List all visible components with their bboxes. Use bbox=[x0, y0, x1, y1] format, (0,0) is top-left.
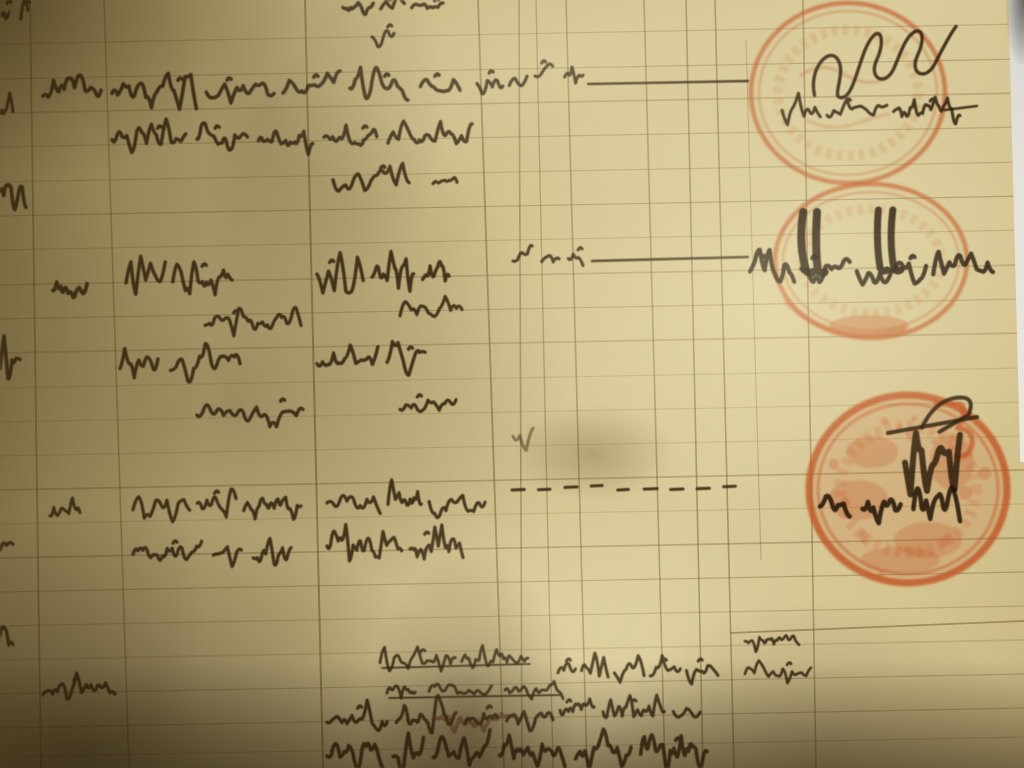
handwriting-row1-seg1: illegible Thai word bbox=[43, 75, 101, 97]
handwriting-top-center-tick: small illegible mark bbox=[372, 25, 394, 47]
handwriting-faint-mark-center: faint small mark bbox=[513, 428, 533, 450]
handwriting-row1-seg3: illegible Thai word bbox=[283, 71, 340, 93]
handwriting-row8-col2: illegible Thai phrase bbox=[133, 489, 301, 522]
handwriting-row4-col3: illegible Thai name or word with tall fl… bbox=[317, 252, 449, 293]
handwriting-stamp2-overlay-glyph1: heavy ink stroke over middle stamp bbox=[801, 212, 824, 273]
handwriting-bottom-nums1: spaced marks, possibly a date in Thai nu… bbox=[558, 653, 718, 684]
handwriting-left-edge-mark-3: illegible character at left edge bbox=[0, 336, 20, 379]
handwriting-bottom-line3b: illegible Thai phrase bbox=[560, 695, 700, 718]
handwriting-top-left-marks: illegible Thai fragment at top-left corn… bbox=[2, 0, 30, 19]
handwriting-stamp3-ink-diag: long diagonal ink stroke over bottom sta… bbox=[888, 417, 977, 433]
photo-background-corner bbox=[1006, 0, 1024, 64]
handwriting-left-edge-mark-4: illegible character at left edge bbox=[0, 543, 13, 550]
handwriting-row8-dashes: row of short ditto dashes bbox=[512, 486, 735, 491]
handwriting-row1-seg5: illegible short marks, possibly numerals bbox=[477, 71, 527, 94]
handwriting-row3-label: illegible Thai word used as centered lab… bbox=[333, 163, 409, 191]
handwriting-row4-rule: long ink fill-in dash bbox=[592, 257, 748, 261]
handwriting-row6-col2: illegible Thai word bbox=[120, 344, 240, 382]
handwriting-row6-col3: illegible Thai word bbox=[317, 342, 425, 376]
handwriting-signature-line2: handwritten cursive line under signature bbox=[782, 93, 960, 125]
handwriting-bottom-line3: illegible Thai phrase bbox=[327, 696, 553, 733]
handwriting-row1-seg2: illegible Thai phrase bbox=[112, 73, 274, 109]
handwriting-bottom-line2-rule: ink underline bbox=[389, 695, 560, 698]
handwriting-stamp3-ink-row: bold ink marks inside bottom stamp bbox=[820, 487, 960, 523]
handwriting-stamp2-overlay-text: bold handwritten line across middle stam… bbox=[750, 250, 993, 285]
handwriting-bottom-right-label1: small illegible two-line label, upper li… bbox=[745, 635, 799, 651]
handwriting-row9-col3: illegible Thai phrase bbox=[327, 525, 463, 562]
handwriting-left-edge-mark-2: illegible numerals at left edge bbox=[0, 185, 26, 210]
document-photo: official round stamp with double ring, o… bbox=[0, 0, 1024, 768]
handwriting-signature: cursive ink signature over top stamp bbox=[813, 27, 956, 98]
handwriting-left-edge-mark-1: illegible character at left edge bbox=[0, 93, 13, 114]
handwriting-row1-seg4: illegible Thai phrase bbox=[350, 67, 460, 100]
handwriting-row4-num: handwritten numerals, unclear (possibly … bbox=[53, 282, 87, 297]
handwriting-row4-col2: illegible Thai name or word bbox=[126, 256, 232, 294]
handwriting-top-center-marks: illegible Thai fragment cut off by top e… bbox=[343, 0, 443, 14]
handwriting-bottom-line4: dense illegible Thai line cut off by bot… bbox=[327, 729, 707, 768]
handwriting-row5-col3: illegible Thai word bbox=[400, 296, 462, 316]
handwriting-row3-tick: small illegible mark bbox=[433, 178, 457, 184]
handwriting-row4-nums: three small marks, possibly Thai numeral… bbox=[513, 245, 583, 265]
handwriting-left-edge-mark-5: illegible character at left edge bbox=[0, 627, 13, 645]
handwriting-row8-col3: illegible Thai phrase bbox=[327, 480, 485, 518]
handwriting-bottom-left-label: illegible Thai word at bottom left bbox=[43, 673, 115, 699]
handwriting-row1-rule: long ink fill-in dash bbox=[588, 81, 748, 84]
handwriting-row7-col3: illegible short Thai word bbox=[400, 395, 456, 412]
handwriting-row1-tail: illegible short marks bbox=[535, 61, 583, 83]
handwriting-row8-num: small numerals, unclear bbox=[50, 498, 80, 516]
handwriting-bottom-right-label2: small illegible two-line label, lower li… bbox=[745, 661, 811, 683]
handwriting-row7-col2: illegible Thai word bbox=[197, 399, 303, 427]
handwriting-row5-col2: illegible Thai word bbox=[205, 308, 301, 336]
handwriting-row2: illegible Thai phrase of about five word… bbox=[112, 119, 472, 154]
handwriting-layer: illegible Thai fragment at top-left corn… bbox=[0, 0, 1024, 768]
handwriting-row9-col2: illegible Thai phrase bbox=[133, 538, 291, 566]
